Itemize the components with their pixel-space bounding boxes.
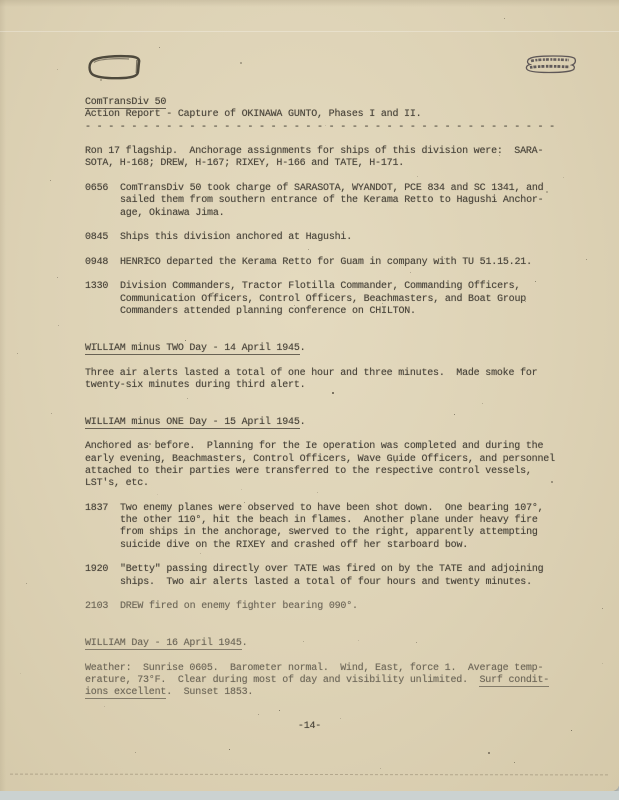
- document-body: Ron 17 flagship. Anchorage assignments f…: [85, 146, 585, 699]
- log-entry-time: 1920: [85, 564, 120, 589]
- log-entry-time: 1837: [85, 503, 120, 552]
- text-line: suicide dive on the RIXEY and crashed of…: [120, 540, 543, 552]
- text-line: Weather: Sunrise 0605. Barometer normal.…: [85, 663, 585, 675]
- log-entry-time: 0845: [85, 232, 120, 244]
- underlined-text: Surf condit-: [479, 675, 549, 687]
- text-line: DREW fired on enemy fighter bearing 090°…: [120, 601, 358, 613]
- paper-speck: [602, 663, 603, 664]
- log-entry: 1330Division Commanders, Tractor Flotill…: [85, 281, 585, 318]
- text-line: ships. Two air alerts lasted a total of …: [120, 577, 543, 589]
- scanned-document-page: ComTransDiv 50 Action Report - Capture o…: [0, 0, 619, 800]
- document: ComTransDiv 50 Action Report - Capture o…: [85, 97, 585, 700]
- text-line: Ron 17 flagship. Anchorage assignments f…: [85, 146, 585, 158]
- underlined-text: WILLIAM Day - 16 April 1945: [85, 638, 242, 650]
- text-line: SOTA, H-168; DREW, H-167; RIXEY, H-166 a…: [85, 158, 585, 170]
- page-number: -14-: [0, 721, 619, 732]
- paper-speck: [159, 47, 160, 48]
- text-segment: erature, 73°F. Clear during most of day …: [85, 675, 479, 686]
- text-line: early evening, Beachmasters, Control Off…: [85, 454, 585, 466]
- paragraph: Anchored as before. Planning for the Ie …: [85, 441, 585, 490]
- text-segment: .: [242, 638, 248, 649]
- report-title: Action Report - Capture of OKINAWA GUNTO…: [85, 109, 585, 121]
- log-entry: 1920"Betty" passing directly over TATE w…: [85, 564, 585, 589]
- paper-speck: [240, 62, 242, 64]
- log-entry: 0656ComTransDiv 50 took charge of SARASO…: [85, 183, 585, 220]
- paragraph: Three air alerts lasted a total of one h…: [85, 368, 585, 393]
- divider-dashes: - - - - - - - - - - - - - - - - - - - - …: [85, 122, 585, 134]
- scan-artifact-line: [0, 31, 619, 32]
- underlined-text: WILLIAM minus TWO Day - 14 April 1945: [85, 343, 300, 355]
- log-entry: 1837Two enemy planes were observed to ha…: [85, 503, 585, 552]
- log-entry-text: ComTransDiv 50 took charge of SARASOTA, …: [120, 183, 543, 220]
- underlined-text: ions excellent: [85, 687, 166, 699]
- paper-speck: [258, 714, 259, 715]
- text-line: attached to their parties were transferr…: [85, 466, 585, 478]
- paper-speck: [17, 353, 18, 354]
- text-line: ions excellent. Sunset 1853.: [85, 687, 585, 699]
- text-line: WILLIAM minus ONE Day - 15 April 1945.: [85, 417, 585, 429]
- text-line: LST's, etc.: [85, 478, 585, 490]
- paper-speck: [51, 413, 52, 414]
- text-line: Commanders attended planning conference …: [120, 306, 526, 318]
- paper-speck: [20, 673, 21, 674]
- paper-speck: [135, 752, 136, 753]
- section-heading: WILLIAM minus ONE Day - 15 April 1945.: [85, 417, 585, 429]
- paper-speck: [57, 69, 58, 70]
- text-line: Anchored as before. Planning for the Ie …: [85, 441, 585, 453]
- paragraph: Ron 17 flagship. Anchorage assignments f…: [85, 146, 585, 171]
- paper-speck: [104, 706, 105, 707]
- text-segment: . Sunset 1853.: [166, 687, 253, 698]
- text-line: Communication Officers, Control Officers…: [120, 294, 526, 306]
- text-segment: .: [300, 417, 306, 428]
- log-entry-text: Division Commanders, Tractor Flotilla Co…: [120, 281, 526, 318]
- log-entry-text: "Betty" passing directly over TATE was f…: [120, 564, 543, 589]
- paper-speck: [26, 583, 27, 584]
- text-line: twenty-six minutes during third alert.: [85, 380, 585, 392]
- text-line: "Betty" passing directly over TATE was f…: [120, 564, 543, 576]
- paper-speck: [50, 180, 51, 181]
- log-entry: 0845Ships this division anchored at Hagu…: [85, 232, 585, 244]
- log-entry-time: 0948: [85, 257, 120, 269]
- paper-speck: [504, 18, 505, 19]
- paper-speck: [340, 718, 341, 719]
- text-line: age, Okinawa Jima.: [120, 208, 543, 220]
- log-entry: 2103DREW fired on enemy fighter bearing …: [85, 601, 585, 613]
- paper-speck: [602, 608, 603, 609]
- text-line: sailed them from southern entrance of th…: [120, 195, 543, 207]
- scanner-edge: [0, 791, 619, 800]
- log-entry-text: Ships this division anchored at Hagushi.: [120, 232, 352, 244]
- paper-speck: [57, 277, 58, 278]
- text-line: ComTransDiv 50 took charge of SARASOTA, …: [120, 183, 543, 195]
- underlined-text: WILLIAM minus ONE Day - 15 April 1945: [85, 417, 300, 429]
- log-entry-text: HENRICO departed the Kerama Retto for Gu…: [120, 257, 532, 269]
- text-line: Three air alerts lasted a total of one h…: [85, 368, 585, 380]
- section-heading: WILLIAM Day - 16 April 1945.: [85, 638, 585, 650]
- log-entry-time: 2103: [85, 601, 120, 613]
- section-heading: WILLIAM minus TWO Day - 14 April 1945.: [85, 343, 585, 355]
- log-entry-time: 0656: [85, 183, 120, 220]
- text-segment: .: [300, 343, 306, 354]
- paragraph: Weather: Sunrise 0605. Barometer normal.…: [85, 663, 585, 700]
- text-line: WILLIAM Day - 16 April 1945.: [85, 638, 585, 650]
- text-line: erature, 73°F. Clear during most of day …: [85, 675, 585, 687]
- paper-speck: [380, 768, 381, 769]
- log-entry-text: Two enemy planes were observed to have b…: [120, 503, 543, 552]
- report-org: ComTransDiv 50: [85, 97, 585, 109]
- text-line: WILLIAM minus TWO Day - 14 April 1945.: [85, 343, 585, 355]
- text-line: Ships this division anchored at Hagushi.: [120, 232, 352, 244]
- log-entry: 0948HENRICO departed the Kerama Retto fo…: [85, 257, 585, 269]
- paper-speck: [488, 752, 490, 754]
- text-line: Division Commanders, Tractor Flotilla Co…: [120, 281, 526, 293]
- text-line: from ships in the anchorage, swerved to …: [120, 527, 543, 539]
- log-entry-text: DREW fired on enemy fighter bearing 090°…: [120, 601, 358, 613]
- text-line: HENRICO departed the Kerama Retto for Gu…: [120, 257, 532, 269]
- log-entry-time: 1330: [85, 281, 120, 318]
- paper-speck: [279, 710, 280, 711]
- text-line: Two enemy planes were observed to have b…: [120, 503, 543, 515]
- paper-speck: [58, 325, 59, 326]
- smudged-stamp: [523, 52, 579, 83]
- paper-speck: [586, 259, 587, 260]
- text-line: the other 110°, hit the beach in flames.…: [120, 515, 543, 527]
- paper-speck: [514, 762, 515, 763]
- paper-speck: [229, 749, 230, 750]
- handwritten-box-mark: [84, 52, 146, 89]
